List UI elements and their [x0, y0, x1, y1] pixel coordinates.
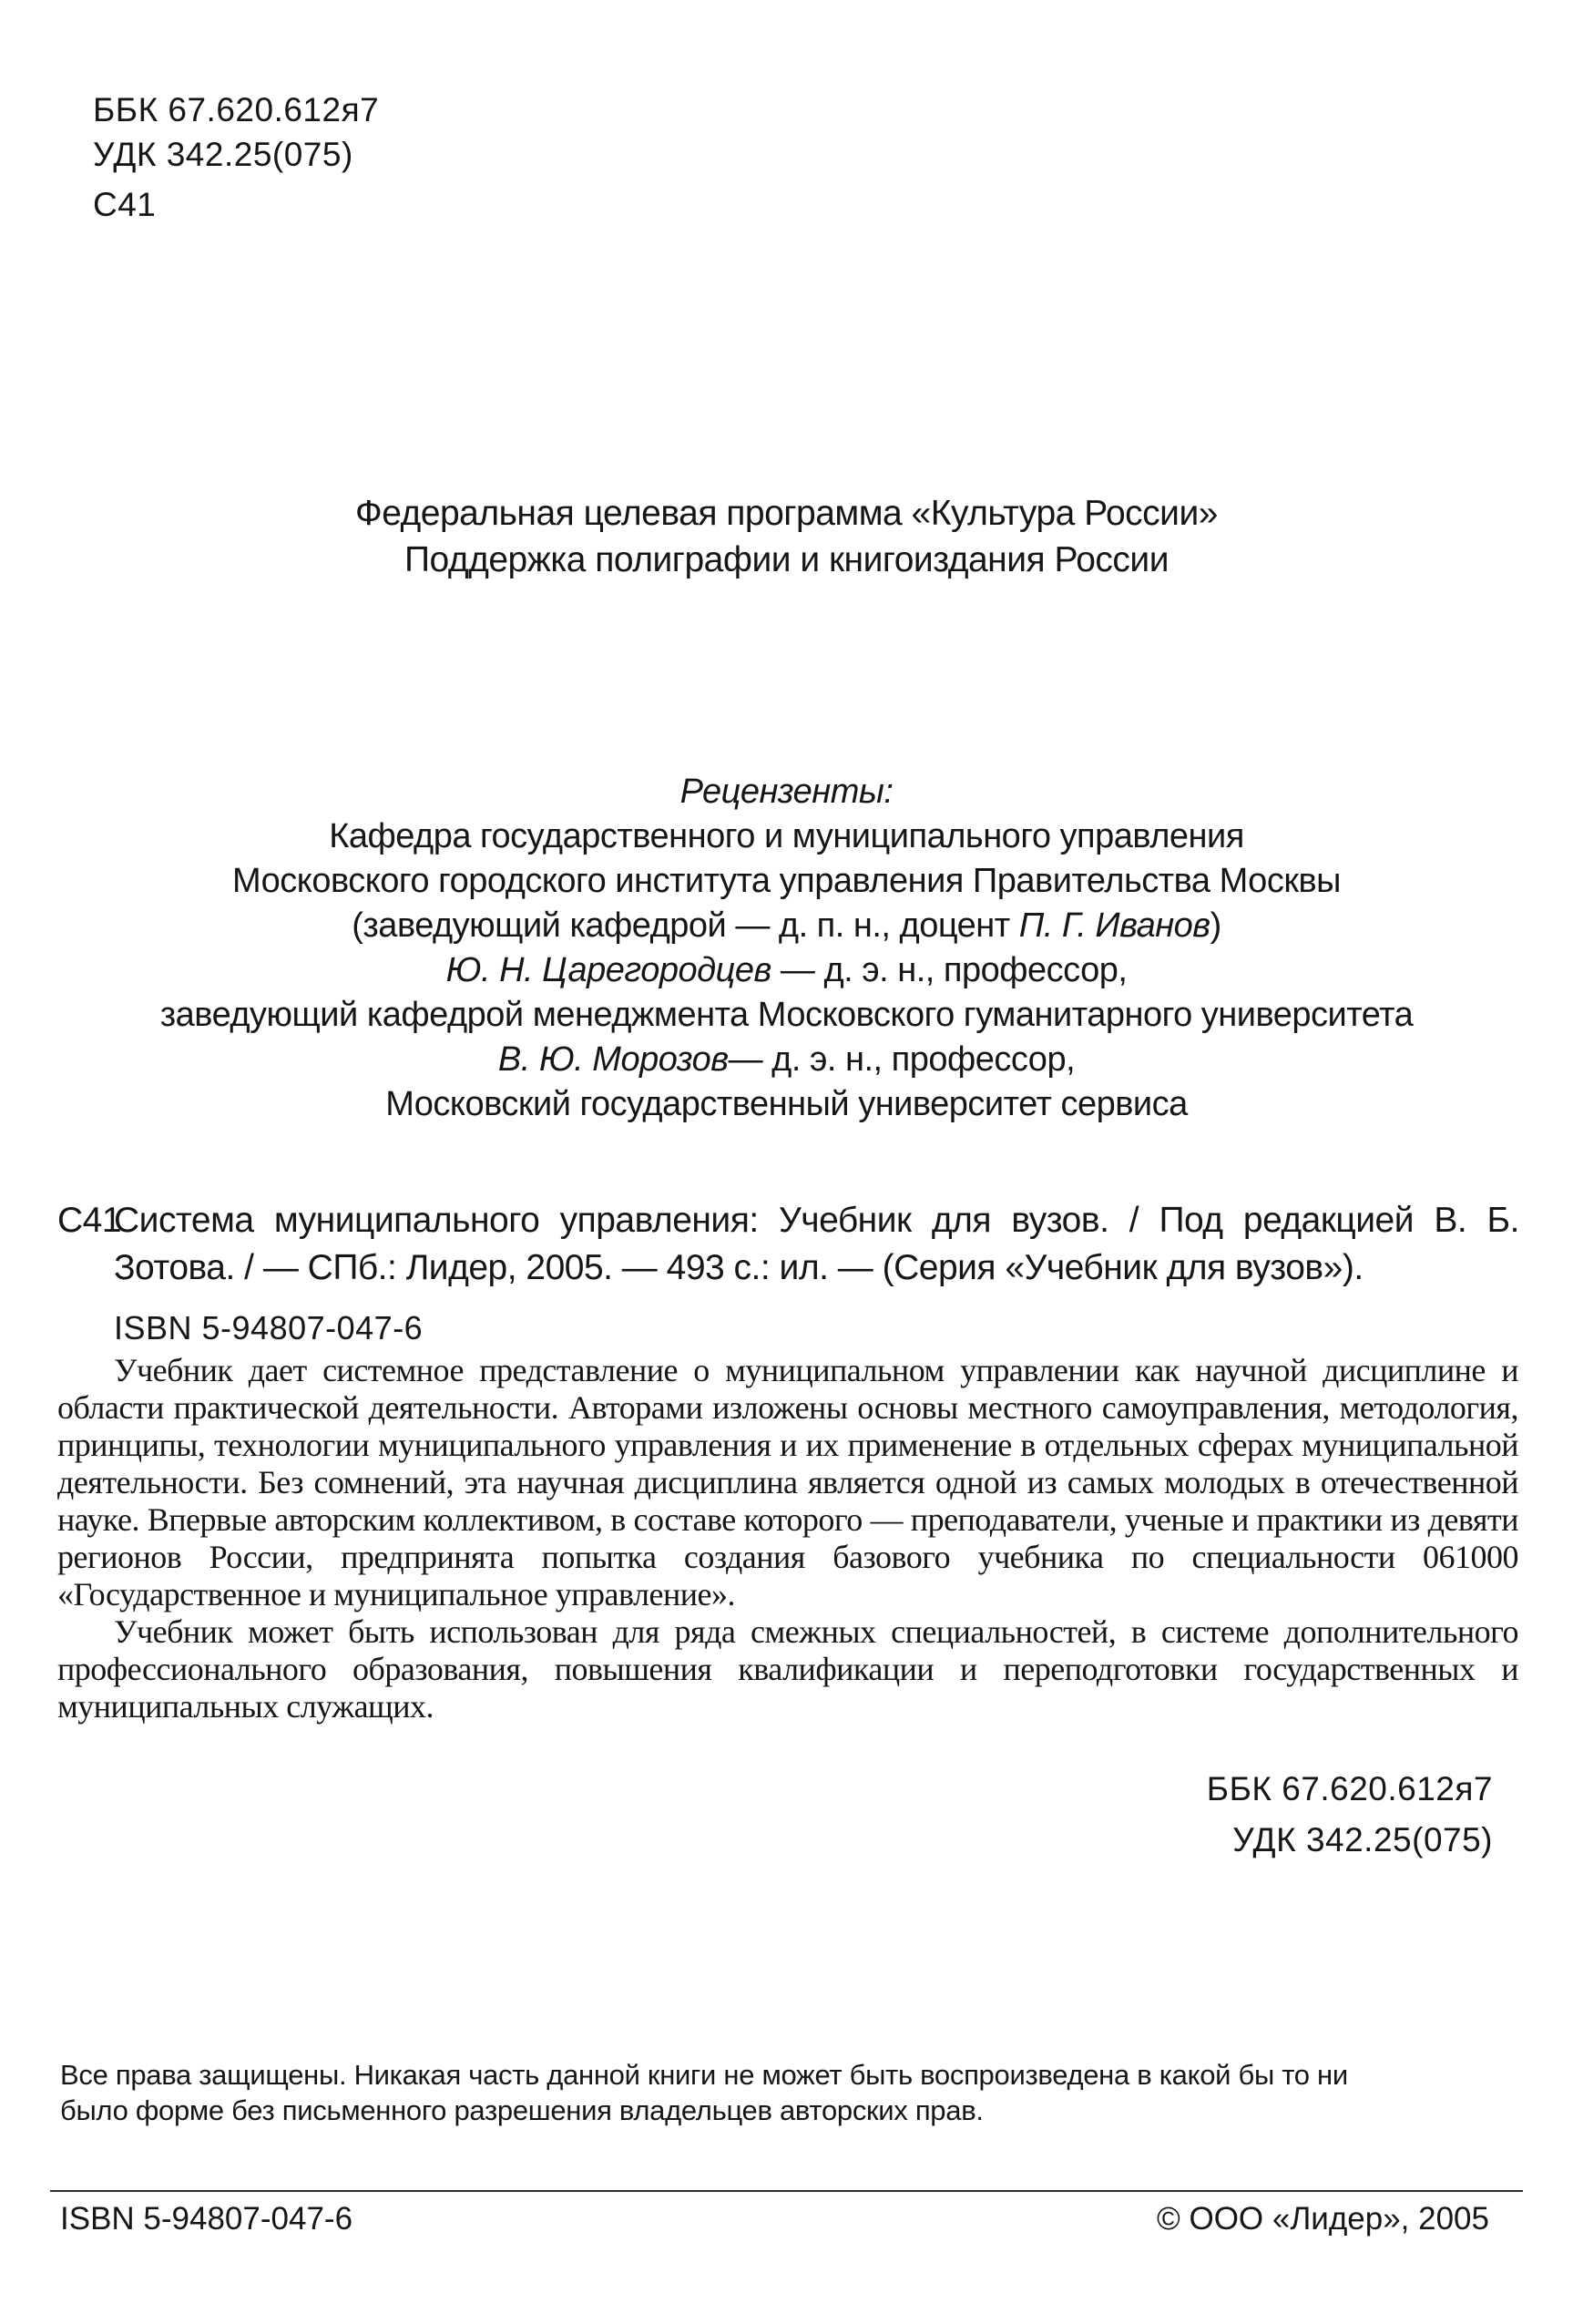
reviewers-block: Рецензенты: Кафедра государственного и м… [0, 770, 1573, 1127]
reviewer-org-line-1: Кафедра государственного и муниципальног… [0, 814, 1573, 859]
footer-isbn: ISBN 5-94807-047-6 [60, 2201, 352, 2237]
footer-block: ISBN 5-94807-047-6 © ООО «Лидер», 2005 [60, 2201, 1489, 2237]
reviewer-morozov-affiliation: Московский государственный университет с… [0, 1082, 1573, 1127]
catalog-entry-block: С41 Система муниципального управления: У… [57, 1197, 1519, 1352]
reviewer-org-line-2: Московского городского института управле… [0, 859, 1573, 904]
reviewer-head-line: (заведующий кафедрой — д. п. н., доцент … [0, 904, 1573, 948]
book-imprint-page: ББК 67.620.612я7 УДК 342.25(075) С41 Фед… [0, 0, 1573, 2324]
catalog-isbn: ISBN 5-94807-047-6 [114, 1305, 1519, 1352]
rights-notice: Все права защищены. Никакая часть данной… [60, 2057, 1391, 2128]
reviewer-morozov-title: — д. э. н., профессор, [729, 1040, 1076, 1079]
reviewer-head-prefix: (заведующий кафедрой — д. п. н., доцент [352, 906, 1019, 945]
reviewer-tsaregorodtsev-line: Ю. Н. Царегородцев — д. э. н., профессор… [0, 948, 1573, 993]
annotation-paragraph-1: Учебник дает системное представление о м… [57, 1352, 1518, 1613]
reviewer-head-suffix: ) [1210, 906, 1221, 945]
reviewer-tsaregorodtsev-affiliation: заведующий кафедрой менеджмента Московск… [0, 993, 1573, 1038]
catalog-author-sign: С41 [57, 1197, 121, 1244]
federal-program-block: Федеральная целевая программа «Культура … [0, 490, 1573, 583]
udk-code-top: УДК 342.25(075) [93, 132, 379, 177]
reviewer-morozov-line: В. Ю. Морозов— д. э. н., профессор, [0, 1038, 1573, 1082]
program-line-1: Федеральная целевая программа «Культура … [0, 490, 1573, 537]
reviewer-name-ivanov: П. Г. Иванов [1019, 906, 1210, 945]
program-line-2: Поддержка полиграфии и книгоиздания Росс… [0, 537, 1573, 583]
annotation-paragraph-2: Учебник может быть использован для ряда … [57, 1613, 1518, 1725]
footer-copyright: © ООО «Лидер», 2005 [1157, 2201, 1489, 2237]
bbk-code-bottom: ББК 67.620.612я7 [1207, 1764, 1493, 1815]
author-sign-code: С41 [93, 182, 379, 227]
annotation-block: Учебник дает системное представление о м… [57, 1352, 1518, 1725]
footer-divider [50, 2190, 1523, 2192]
reviewer-name-tsaregorodtsev: Ю. Н. Царегородцев [446, 951, 771, 989]
catalog-entry-text: Система муниципального управления: Учебн… [114, 1197, 1519, 1292]
reviewers-heading: Рецензенты: [0, 770, 1573, 814]
bbk-code-top: ББК 67.620.612я7 [93, 87, 379, 132]
top-classification-block: ББК 67.620.612я7 УДК 342.25(075) С41 [93, 87, 379, 227]
bottom-classification-block: ББК 67.620.612я7 УДК 342.25(075) [1207, 1764, 1493, 1866]
reviewer-tsaregorodtsev-title: — д. э. н., профессор, [771, 951, 1128, 989]
udk-code-bottom: УДК 342.25(075) [1207, 1815, 1493, 1866]
reviewer-name-morozov: В. Ю. Морозов [498, 1040, 729, 1079]
